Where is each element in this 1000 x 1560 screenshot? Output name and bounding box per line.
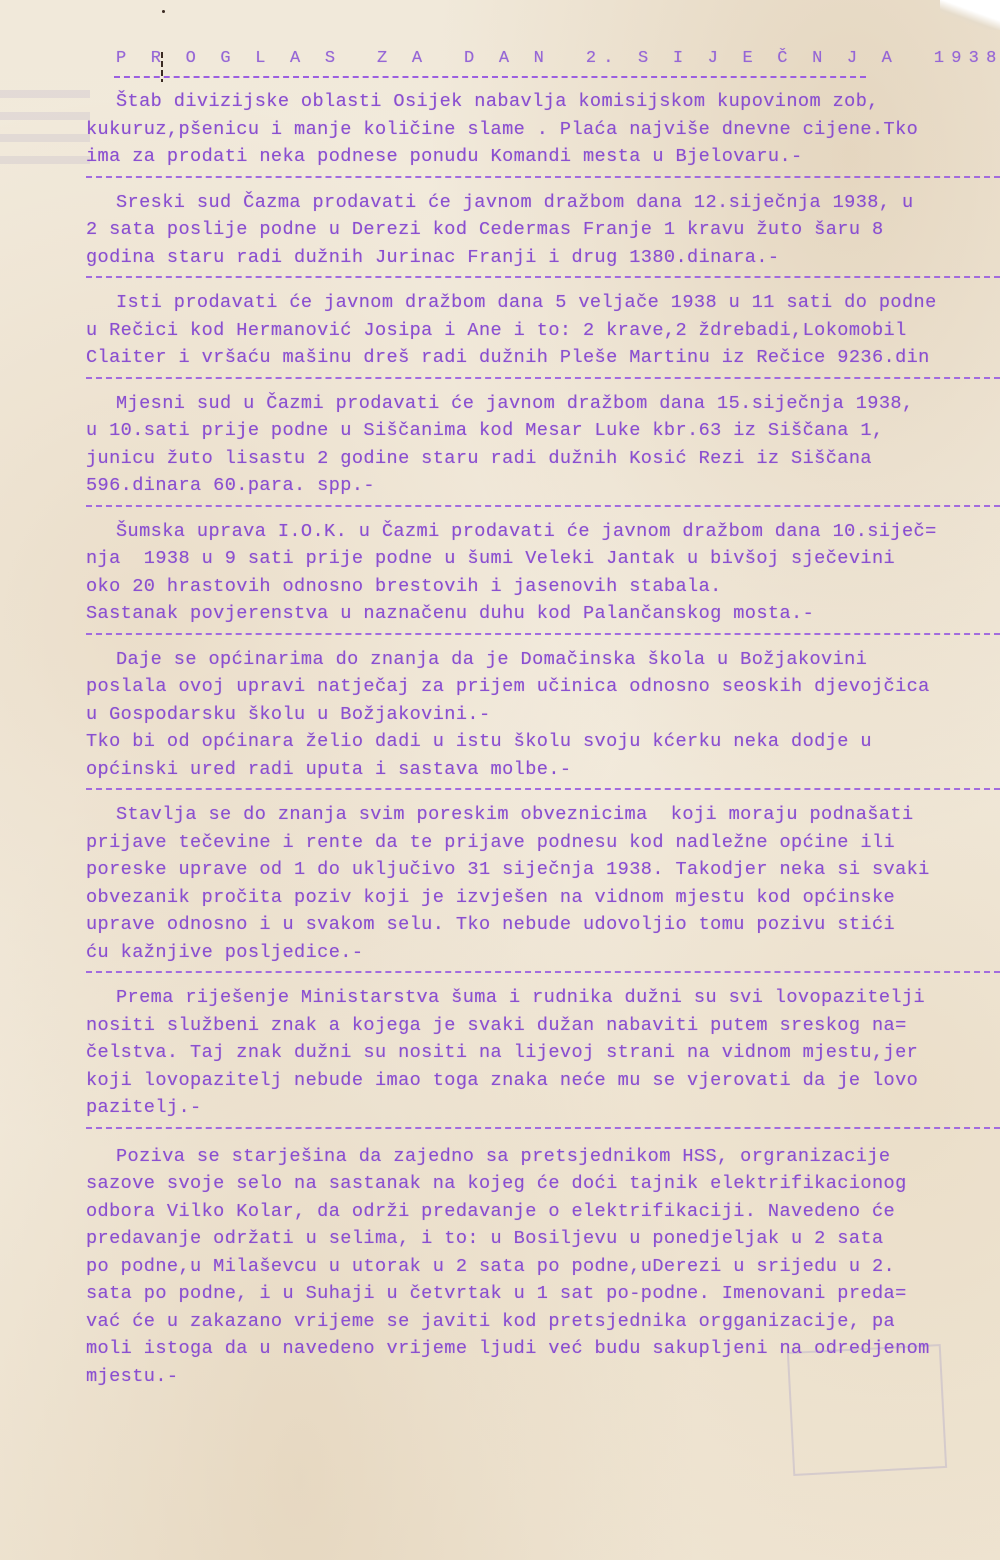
section-divider	[86, 276, 1000, 278]
notice-section: Šumska uprava I.O.K. u Čazmi prodavati ć…	[86, 518, 1000, 628]
section-divider	[86, 633, 1000, 635]
ink-dot	[162, 10, 165, 13]
notice-line: Poziva se starješina da zajedno sa prets…	[86, 1143, 1000, 1171]
notice-line: Tko bi od općinara želio dadi u istu ško…	[86, 728, 1000, 756]
notice-line: Sreski sud Čazma prodavati će javnom dra…	[86, 189, 1000, 217]
notice-line: Daje se općinarima do znanja da je Domač…	[86, 646, 1000, 674]
notice-line: čelstva. Taj znak dužni su nositi na lij…	[86, 1039, 1000, 1067]
notice-line: Prema riješenje Ministarstva šuma i rudn…	[86, 984, 1000, 1012]
notice-line: nositi službeni znak a kojega je svaki d…	[86, 1012, 1000, 1040]
notice-line: mjestu.-	[86, 1363, 1000, 1391]
notice-line: Mjesni sud u Čazmi prodavati će javnom d…	[86, 390, 1000, 418]
notice-line: obvezanik pročita poziv koji je izvješen…	[86, 884, 1000, 912]
notice-line: 2 sata poslije podne u Derezi kod Cederm…	[86, 216, 1000, 244]
notice-line: odbora Vilko Kolar, da održi predavanje …	[86, 1198, 1000, 1226]
notice-line: Šumska uprava I.O.K. u Čazmi prodavati ć…	[86, 518, 1000, 546]
notice-line: vać će u zakazano vrijeme se javiti kod …	[86, 1308, 1000, 1336]
notice-line: poreske uprave od 1 do uključivo 31 sije…	[86, 856, 1000, 884]
notice-section: Isti prodavati će javnom dražbom dana 5 …	[86, 289, 1000, 372]
title-divider	[114, 76, 866, 78]
bleed-through-text	[0, 90, 90, 170]
notice-line: Stavlja se do znanja svim poreskim obvez…	[86, 801, 1000, 829]
notice-line: u 10.sati prije podne u Siščanima kod Me…	[86, 417, 1000, 445]
notice-line: sazove svoje selo na sastanak na kojeg ć…	[86, 1170, 1000, 1198]
notice-line: po podne,u Milaševcu u utorak u 2 sata p…	[86, 1253, 1000, 1281]
notice-line: koji lovopazitelj nebude imao toga znaka…	[86, 1067, 1000, 1095]
section-divider	[86, 377, 1000, 379]
section-divider	[86, 1127, 1000, 1129]
section-divider	[86, 971, 1000, 973]
notice-section: Prema riješenje Ministarstva šuma i rudn…	[86, 984, 1000, 1122]
notice-line: godina staru radi dužnih Jurinac Franji …	[86, 244, 1000, 272]
notice-line: ću kažnjive posljedice.-	[86, 939, 1000, 967]
notice-line: poslala ovoj upravi natječaj za prijem u…	[86, 673, 1000, 701]
notice-line: moli istoga da u navedeno vrijeme ljudi …	[86, 1335, 1000, 1363]
notice-section: Štab divizijske oblasti Osijek nabavlja …	[86, 88, 1000, 171]
document-title: P R O G L A S Z A D A N 2. S I J E Č N J…	[116, 44, 1000, 74]
proclamation-document: P R O G L A S Z A D A N 2. S I J E Č N J…	[86, 44, 1000, 1390]
notice-line: 596.dinara 60.para. spp.-	[86, 472, 1000, 500]
notice-line: prijave tečevine i rente da te prijave p…	[86, 829, 1000, 857]
paper-corner-fold	[940, 0, 1000, 30]
section-divider	[86, 176, 1000, 178]
notice-line: junicu žuto lisastu 2 godine staru radi …	[86, 445, 1000, 473]
notice-line: sata po podne, i u Suhaji u četvrtak u 1…	[86, 1280, 1000, 1308]
notice-line: u Gospodarsku školu u Božjakovini.-	[86, 701, 1000, 729]
notice-sections: Štab divizijske oblasti Osijek nabavlja …	[86, 88, 1000, 1390]
notice-section: Sreski sud Čazma prodavati će javnom dra…	[86, 189, 1000, 272]
notice-line: Štab divizijske oblasti Osijek nabavlja …	[86, 88, 1000, 116]
notice-line: oko 20 hrastovih odnosno brestovih i jas…	[86, 573, 1000, 601]
notice-line: općinski ured radi uputa i sastava molbe…	[86, 756, 1000, 784]
notice-line: Sastanak povjerenstva u naznačenu duhu k…	[86, 600, 1000, 628]
notice-section: Daje se općinarima do znanja da je Domač…	[86, 646, 1000, 784]
notice-line: predavanje održati u selima, i to: u Bos…	[86, 1225, 1000, 1253]
notice-line: ima za prodati neka podnese ponudu Koman…	[86, 143, 1000, 171]
notice-section: Mjesni sud u Čazmi prodavati će javnom d…	[86, 390, 1000, 500]
notice-section: Poziva se starješina da zajedno sa prets…	[86, 1143, 1000, 1391]
notice-line: Claiter i vršaću mašinu dreš radi dužnih…	[86, 344, 1000, 372]
notice-line: u Rečici kod Hermanović Josipa i Ane i t…	[86, 317, 1000, 345]
notice-line: nja 1938 u 9 sati prije podne u šumi Vel…	[86, 545, 1000, 573]
notice-line: pazitelj.-	[86, 1094, 1000, 1122]
section-divider	[86, 788, 1000, 790]
notice-line: kukuruz,pšenicu i manje količine slame .…	[86, 116, 1000, 144]
notice-line: uprave odnosno i u svakom selu. Tko nebu…	[86, 911, 1000, 939]
section-divider	[86, 505, 1000, 507]
notice-section: Stavlja se do znanja svim poreskim obvez…	[86, 801, 1000, 966]
notice-line: Isti prodavati će javnom dražbom dana 5 …	[86, 289, 1000, 317]
